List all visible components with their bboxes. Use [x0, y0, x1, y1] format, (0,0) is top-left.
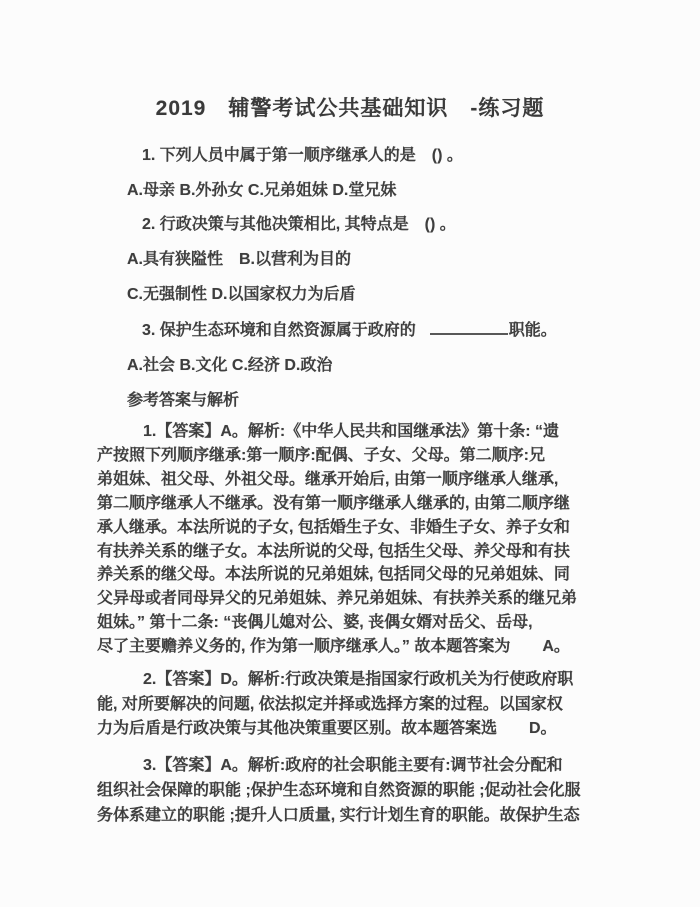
document-page: 2019 辅警考试公共基础知识 -练习题 1. 下列人员中属于第一顺序继承人的是…	[0, 0, 700, 907]
answer-1-line: 弟姐妹、祖父母、外祖父母。继承开始后, 由第一顺序继承人继承,	[97, 468, 617, 492]
answer-1-line: 养关系的继父母。本法所说的兄弟姐妹, 包括同父母的兄弟姐妹、同	[97, 563, 617, 587]
answer-3-line: 组织社会保障的职能 ;保护生态环境和自然资源的职能 ;促动社会化服	[97, 779, 617, 804]
question-2-options-cd: C.无强制性 D.以国家权力为后盾	[127, 281, 355, 304]
answer-3-line: 3.【答案】A。解析:政府的社会职能主要有:调节社会分配和	[97, 754, 617, 779]
answer-2-line: 2.【答案】D。解析:行政决策是指国家行政机关为行使政府职	[97, 668, 617, 693]
answer-2-line: 力为后盾是行政决策与其他决策重要区别。故本题答案选 D。	[97, 717, 617, 742]
answer-3-paragraph: 3.【答案】A。解析:政府的社会职能主要有:调节社会分配和 组织社会保障的职能 …	[97, 754, 617, 829]
answer-1-line: 第二顺序继承人不继承。没有第一顺序继承人继承的, 由第二顺序继	[97, 492, 617, 516]
answers-section-heading: 参考答案与解析	[127, 387, 239, 410]
answer-2-paragraph: 2.【答案】D。解析:行政决策是指国家行政机关为行使政府职 能, 对所要解决的问…	[97, 668, 617, 742]
question-1-stem: 1. 下列人员中属于第一顺序继承人的是 () 。	[142, 142, 463, 165]
question-2-stem: 2. 行政决策与其他决策相比, 其特点是 () 。	[142, 211, 456, 234]
answer-3-line: 务体系建立的职能 ;提升人口质量, 实行计划生育的职能。故保护生态	[97, 804, 617, 829]
question-3-options: A.社会 B.文化 C.经济 D.政治	[127, 352, 332, 375]
answer-1-line: 尽了主要赡养义务的, 作为第一顺序继承人。” 故本题答案为 A。	[97, 635, 617, 659]
answer-2-line: 能, 对所要解决的问题, 依法拟定并择或选择方案的过程。以国家权	[97, 693, 617, 718]
question-3-stem: 3. 保护生态环境和自然资源属于政府的职能。	[142, 317, 557, 340]
fill-in-blank-underline	[430, 319, 508, 335]
answer-1-line: 父异母或者同母异父的兄弟姐妹、养兄弟姐妹、有扶养关系的继兄弟	[97, 587, 617, 611]
answer-1-line: 承人继承。本法所说的子女, 包括婚生子女、非婚生子女、养子女和	[97, 516, 617, 540]
question-3-stem-after-blank: 职能。	[509, 322, 557, 339]
answer-1-line: 有扶养关系的继子女。本法所说的父母, 包括生父母、养父母和有扶	[97, 540, 617, 564]
answer-1-line: 1.【答案】A。解析:《中华人民共和国继承法》第十条: “遗	[97, 420, 617, 444]
question-1-options: A.母亲 B.外孙女 C.兄弟姐妹 D.堂兄妹	[127, 177, 396, 200]
answer-1-line: 姐妹。” 第十二条: “丧偶儿媳对公、婆, 丧偶女婿对岳父、岳母,	[97, 611, 617, 635]
answer-1-line: 产按照下列顺序继承:第一顺序:配偶、子女、父母。第二顺序:兄	[97, 444, 617, 468]
question-3-stem-before-blank: 3. 保护生态环境和自然资源属于政府的	[142, 322, 416, 339]
page-title: 2019 辅警考试公共基础知识 -练习题	[0, 92, 700, 122]
answer-1-paragraph: 1.【答案】A。解析:《中华人民共和国继承法》第十条: “遗 产按照下列顺序继承…	[97, 420, 617, 659]
question-2-options-ab: A.具有狭隘性 B.以营利为目的	[127, 246, 351, 269]
